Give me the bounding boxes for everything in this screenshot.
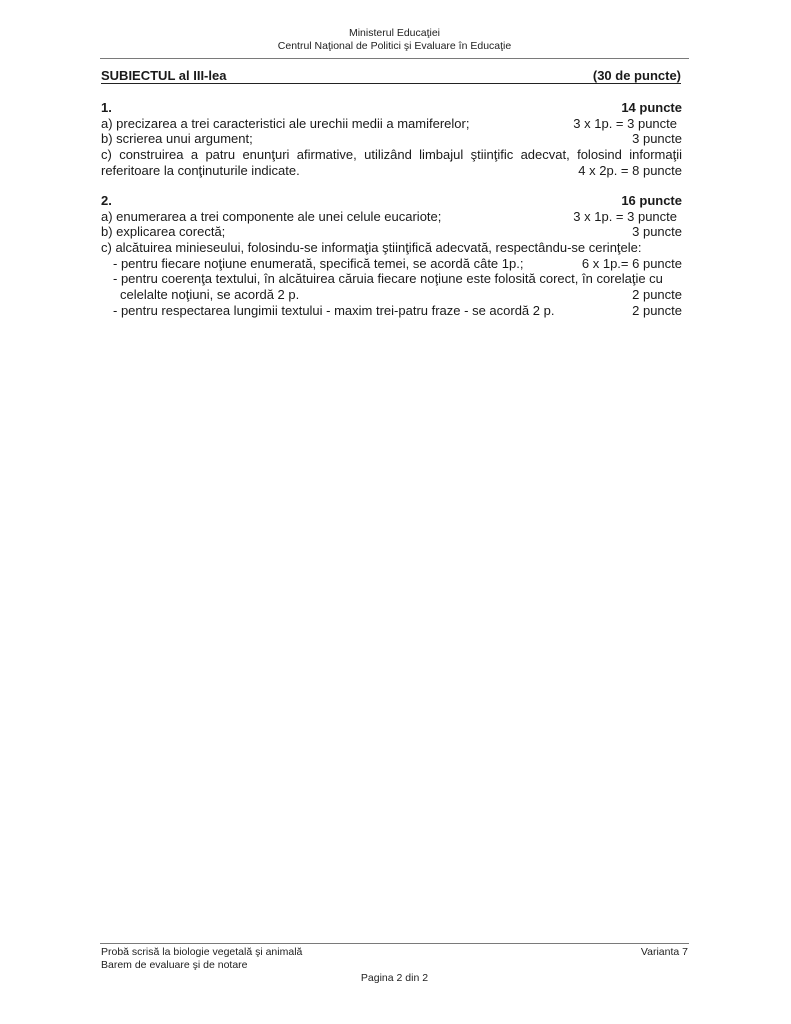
question-2: 2. 16 puncte a) enumerarea a trei compon… [101, 193, 682, 319]
subitem-2-line1: - pentru coerenţa textului, în alcătuire… [101, 271, 682, 287]
variant-label: Varianta 7 [641, 946, 688, 959]
question-1: 1. 14 puncte a) precizarea a trei caract… [101, 100, 682, 178]
item-b: b) scrierea unui argument; 3 puncte [101, 131, 682, 147]
subject-heading: SUBIECTUL al III-lea (30 de puncte) [101, 68, 681, 84]
subitem-3: - pentru respectarea lungimii textului -… [101, 303, 682, 319]
subitem-score: 2 puncte [632, 303, 682, 319]
item-text: a) precizarea a trei caracteristici ale … [101, 116, 469, 132]
exam-name: Probă scrisă la biologie vegetală şi ani… [101, 946, 302, 958]
item-score: 3 x 1p. = 3 puncte [573, 209, 677, 225]
document-footer: Probă scrisă la biologie vegetală şi ani… [101, 946, 688, 985]
item-text: b) explicarea corectă; [101, 224, 225, 240]
item-score: 4 x 2p. = 8 puncte [578, 163, 682, 179]
subitem-text: celelalte noţiuni, se acordă 2 p. [101, 287, 299, 303]
subject-points: (30 de puncte) [593, 68, 681, 83]
footer-divider [100, 943, 689, 944]
item-c: c) alcătuirea minieseului, folosindu-se … [101, 240, 682, 256]
subitem-score: 2 puncte [632, 287, 682, 303]
item-text: b) scrierea unui argument; [101, 131, 253, 147]
item-a: a) enumerarea a trei componente ale unei… [101, 209, 682, 225]
subitem-1: - pentru fiecare noţiune enumerată, spec… [101, 256, 682, 272]
subitem-score: 6 x 1p.= 6 puncte [582, 256, 682, 272]
item-score: 3 puncte [632, 131, 682, 147]
item-c-line1: c) construirea a patru enunţuri afirmati… [101, 147, 682, 163]
question-number: 2. [101, 193, 112, 209]
ministry-name: Ministerul Educaţiei [100, 27, 689, 40]
item-score: 3 puncte [632, 224, 682, 240]
item-text: a) enumerarea a trei componente ale unei… [101, 209, 441, 225]
item-b: b) explicarea corectă; 3 puncte [101, 224, 682, 240]
item-text: c) alcătuirea minieseului, folosindu-se … [101, 240, 642, 256]
subitem-text: - pentru coerenţa textului, în alcătuire… [101, 271, 663, 287]
document-header: Ministerul Educaţiei Centrul Naţional de… [100, 27, 689, 53]
item-a: a) precizarea a trei caracteristici ale … [101, 116, 682, 132]
item-c-line2: referitoare la conţinuturile indicate. 4… [101, 163, 682, 179]
subitem-text: - pentru fiecare noţiune enumerată, spec… [101, 256, 523, 272]
item-text: referitoare la conţinuturile indicate. [101, 163, 300, 179]
question-points: 14 puncte [621, 100, 682, 116]
center-name: Centrul Naţional de Politici şi Evaluare… [100, 40, 689, 53]
question-number: 1. [101, 100, 112, 116]
item-score: 3 x 1p. = 3 puncte [573, 116, 677, 132]
subitem-text: - pentru respectarea lungimii textului -… [101, 303, 554, 319]
question-points: 16 puncte [621, 193, 682, 209]
subitem-2-line2: celelalte noţiuni, se acordă 2 p. 2 punc… [101, 287, 682, 303]
header-divider [100, 58, 689, 59]
page-number: Pagina 2 din 2 [101, 972, 688, 985]
subject-title: SUBIECTUL al III-lea [101, 68, 226, 83]
document-type: Barem de evaluare şi de notare [101, 959, 248, 971]
